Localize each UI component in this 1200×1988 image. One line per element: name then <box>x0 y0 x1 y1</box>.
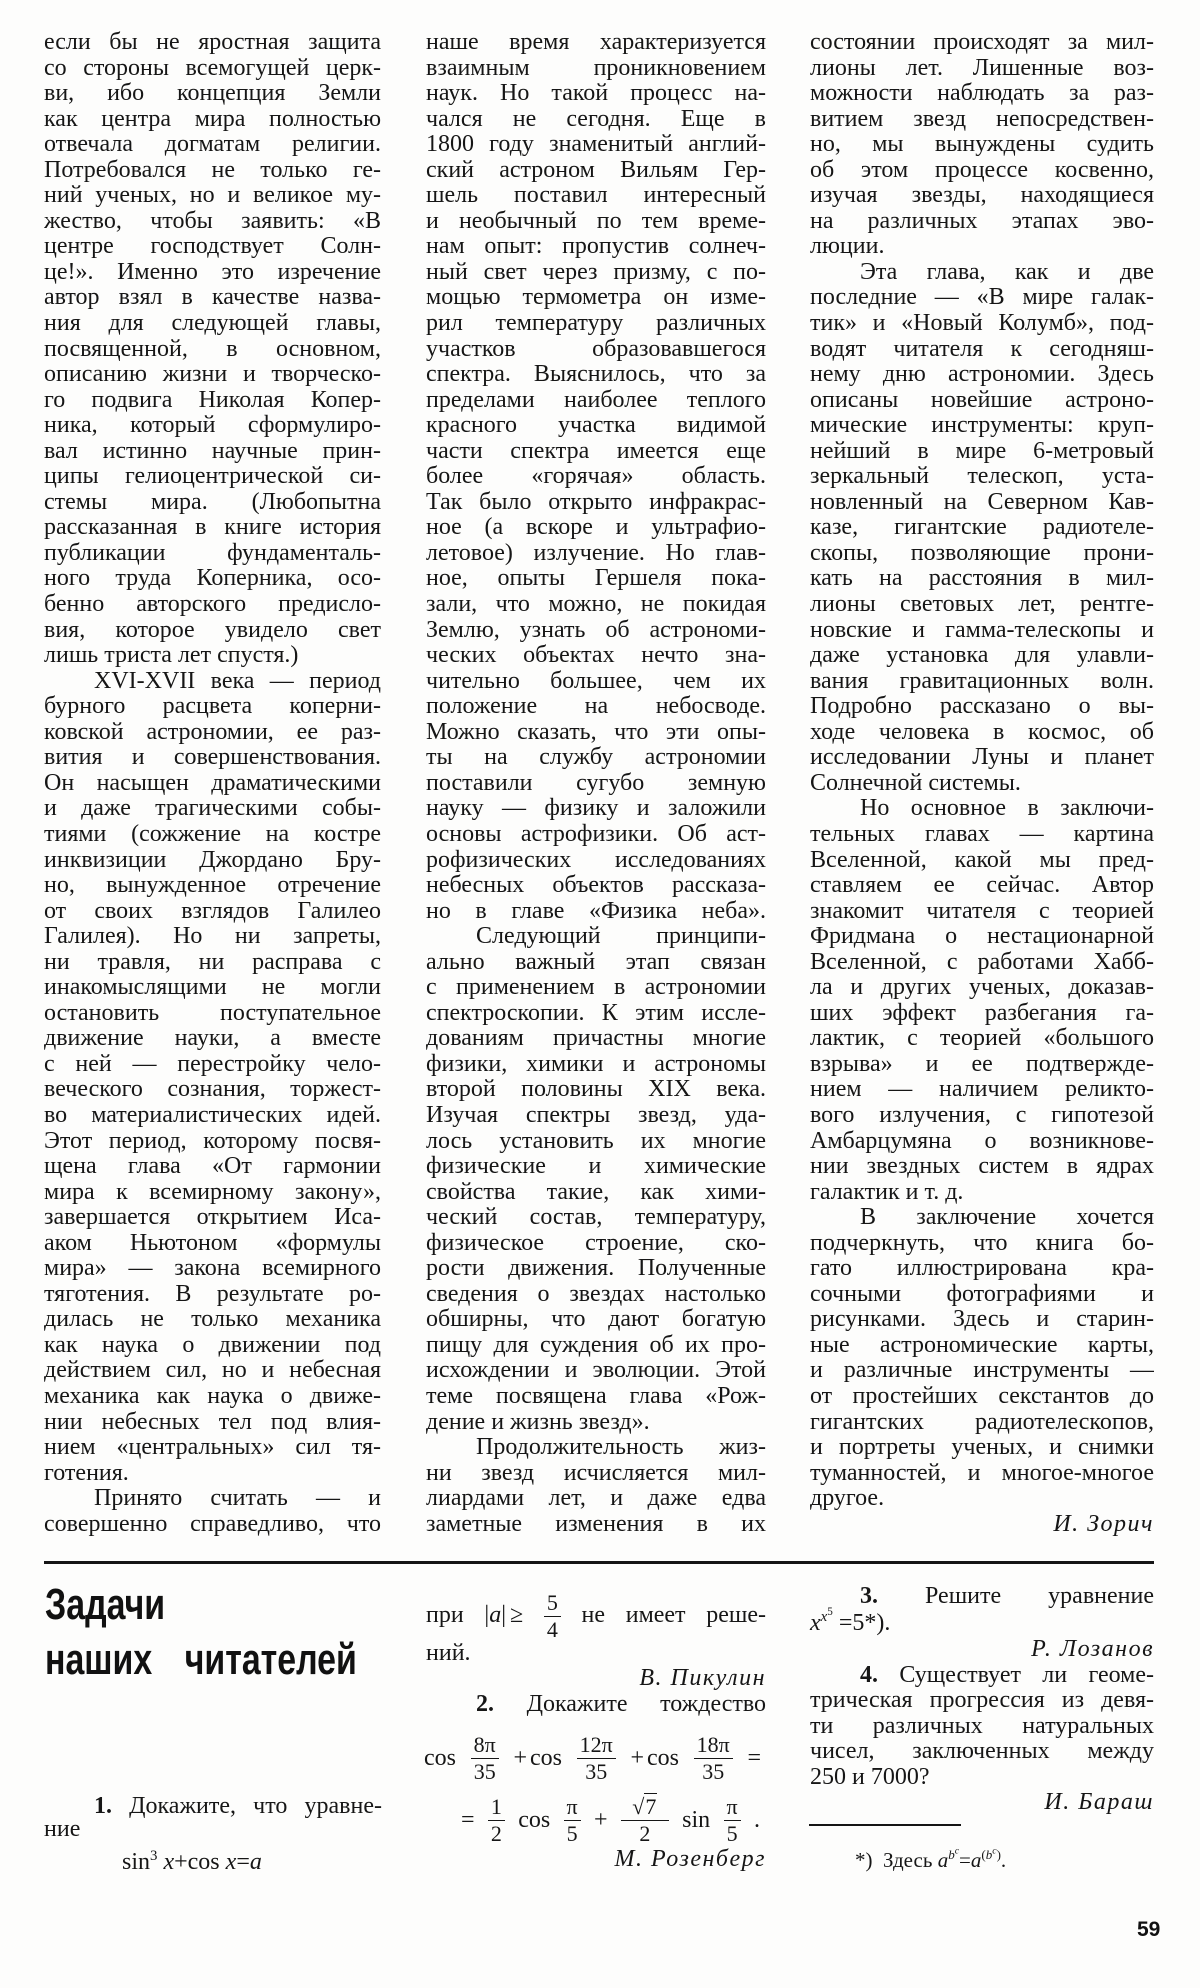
text-line: посвященной, в основном, <box>44 337 381 363</box>
footnote-marker: *) <box>855 1848 873 1872</box>
problem-1-tail: ний. <box>426 1641 471 1667</box>
exponent: (bc) <box>981 1847 1001 1862</box>
var-a: a <box>489 1602 501 1628</box>
exponent-power: 5 <box>827 1606 833 1618</box>
text-line: небесных объектов рассказа- <box>426 873 766 899</box>
text-line: Землю, узнать об астрономи- <box>426 618 766 644</box>
fraction-sqrt7-2: √72 <box>621 1796 669 1845</box>
text-line: центре господствует Солн- <box>44 234 381 260</box>
text-line: во материалистических идей. <box>44 1103 381 1129</box>
text-line: физики, химики и астрономы <box>426 1052 766 1078</box>
text-line: ципы гелиоцентрической си- <box>44 464 381 490</box>
numerator: π <box>724 1796 741 1820</box>
denominator: 2 <box>621 1820 669 1845</box>
text-line: ний ученых, но и великое му- <box>44 183 381 209</box>
var-a: a <box>938 1848 949 1872</box>
text-line: подчеркнуть, что книга бо- <box>810 1231 1154 1257</box>
section-title-line-1: Задачи <box>45 1583 165 1627</box>
text-line: го подвига Николая Копер- <box>44 388 381 414</box>
problem-3-equation: xx5=5*). <box>810 1611 890 1637</box>
text-line: ния для следующей главы, <box>44 311 381 337</box>
text-line: но, мы вынуждены судить <box>810 132 1154 158</box>
problem-1-condition: при |a|≥ 54 не имеет реше- <box>426 1590 766 1640</box>
equals-sign: = <box>461 1807 475 1834</box>
text-line: нии небесных тел под влия- <box>44 1410 381 1436</box>
fraction-5-4: 54 <box>544 1592 561 1640</box>
text-line: ческих объектах нечто зна- <box>426 643 766 669</box>
problem-1-equation: sin3 x+cos x=a <box>122 1850 262 1876</box>
footnote-text: Здесь <box>883 1848 932 1872</box>
fn-cos: cos <box>188 1849 220 1875</box>
column-lines: если бы не яростная защитасо стороны все… <box>44 30 381 1537</box>
denominator: 35 <box>577 1758 616 1783</box>
fraction-18pi-35: 18π35 <box>694 1734 733 1783</box>
text-line: красного участка видимой <box>426 413 766 439</box>
fn-cos: cos <box>518 1807 550 1834</box>
text-line: дилась не только механика <box>44 1307 381 1333</box>
text-line: зали, что можно, не покидая <box>426 592 766 618</box>
text-line: второй половины XIX века. <box>426 1077 766 1103</box>
fn-sin: sin <box>682 1807 710 1834</box>
text-line: изучая звезды, находящиеся <box>810 183 1154 209</box>
text-line: описаны новейшие астроно- <box>810 388 1154 414</box>
condition-suffix: не имеет реше- <box>582 1602 766 1628</box>
numerator: 5 <box>544 1592 561 1616</box>
text-line: физическое строение, ско- <box>426 1231 766 1257</box>
text-line: ного труда Коперника, осо- <box>44 566 381 592</box>
text-line: от простейших секстантов до <box>810 1384 1154 1410</box>
period: . <box>1001 1848 1006 1872</box>
problem-2-author: М. Розенберг <box>426 1847 766 1873</box>
problem-4-line-1: 4. Существует ли геоме- <box>810 1663 1154 1689</box>
equals-sign: = <box>236 1849 250 1875</box>
text-line: В заключение хочется <box>810 1205 1154 1231</box>
problem-2-line-1: 2. Докажите тождество <box>426 1692 766 1718</box>
text-line: вия, которое увидело свет <box>44 618 381 644</box>
problem-4-line-3: ти различных натуральных <box>810 1714 1154 1740</box>
article-column-3: состоянии происходят за мил-лионы лет. Л… <box>810 30 1154 1537</box>
text-line: аком Ньютоном «формулы <box>44 1231 381 1257</box>
problem-text: Существует ли геоме- <box>899 1663 1154 1688</box>
text-line: поставили сугубо земную <box>426 771 766 797</box>
text-line: взрыва» и ее подтвержде- <box>810 1052 1154 1078</box>
problem-4-author: И. Бараш <box>810 1790 1154 1816</box>
text-line: галактик и т. д. <box>810 1180 1154 1206</box>
fraction-pi-5: π5 <box>564 1796 581 1845</box>
text-line: другое. <box>810 1486 1154 1512</box>
identity-right-side: = 12 cos π5 + √72 sin π5 . <box>461 1797 760 1843</box>
text-line: остановить поступательное <box>44 1001 381 1027</box>
text-line: витием звезд непосредствен- <box>810 107 1154 133</box>
text-line: свойства такие, как хими- <box>426 1180 766 1206</box>
text-line: наше время характеризуется <box>426 30 766 56</box>
text-line: ших эффект разбегания га- <box>810 1001 1154 1027</box>
fraction-12pi-35: 12π35 <box>577 1734 616 1783</box>
text-line: лионы световых лет, рентге- <box>810 592 1154 618</box>
text-line: Принято считать — и <box>44 1486 381 1512</box>
problem-text: Докажите тождество <box>527 1692 766 1717</box>
text-line: новские и гамма-телескопы и <box>810 618 1154 644</box>
plus-sign: + <box>630 1745 644 1771</box>
problem-4-line-2: трическая прогрессия из девя- <box>810 1688 1154 1714</box>
text-line: XVI-XVII века — период <box>44 669 381 695</box>
problem-3-author: Р. Лозанов <box>810 1637 1154 1663</box>
text-line: тиями (сожжение на костре <box>44 822 381 848</box>
text-line: наук. Но такой процесс на- <box>426 81 766 107</box>
var-x: x <box>163 1849 174 1875</box>
text-line: состоянии происходят за мил- <box>810 30 1154 56</box>
text-line: последние — «В мире галак- <box>810 285 1154 311</box>
text-line: инквизиции Джордано Бру- <box>44 848 381 874</box>
text-line: физические и химические <box>426 1154 766 1180</box>
text-line: и необычный по тем време- <box>426 209 766 235</box>
text-line: чительно большее, чем их <box>426 669 766 695</box>
text-line: нием «центральных» сил тя- <box>44 1435 381 1461</box>
text-line: даже установка для улавли- <box>810 643 1154 669</box>
numerator: 12π <box>577 1734 616 1758</box>
text-line: заметные изменения в их <box>426 1512 766 1538</box>
text-line: лишь триста лет спустя.) <box>44 643 381 669</box>
power: 3 <box>150 1848 157 1864</box>
fraction-1-2: 12 <box>488 1796 505 1845</box>
equals-sign: = <box>959 1848 971 1872</box>
text-line: новленный на Северном Кав- <box>810 490 1154 516</box>
text-line: со стороны всемогущей церк- <box>44 56 381 82</box>
text-line: спектра. Выяснилось, что за <box>426 362 766 388</box>
text-line: и даже трагическими собы- <box>44 796 381 822</box>
fraction-8pi-35: 8π35 <box>471 1734 499 1783</box>
plus-cos-term: +cos <box>513 1745 562 1772</box>
problem-number: 1. <box>94 1794 112 1819</box>
text-line: и портреты ученых, и снимки <box>810 1435 1154 1461</box>
problem-number: 2. <box>476 1692 494 1717</box>
text-line: вал истинно научные прин- <box>44 439 381 465</box>
text-line: тяготения. В результате ро- <box>44 1282 381 1308</box>
text-line: ни звезд исчисляется мил- <box>426 1461 766 1487</box>
text-line: действием сил, но и небесная <box>44 1358 381 1384</box>
text-line: Продолжительность жиз- <box>426 1435 766 1461</box>
text-line: и различные инструменты — <box>810 1358 1154 1384</box>
period: . <box>754 1807 760 1834</box>
text-line: тельных главах — картина <box>810 822 1154 848</box>
text-line: Подробно рассказано о вы- <box>810 694 1154 720</box>
text-line: вого излучения, с гипотезой <box>810 1103 1154 1129</box>
text-line: летовое) излучение. Но глав- <box>426 541 766 567</box>
text-line: пищу для суждения об их про- <box>426 1333 766 1359</box>
text-line: бенно авторского предисло- <box>44 592 381 618</box>
magazine-page: если бы не яростная защитасо стороны все… <box>0 0 1200 1988</box>
text-line: ческий состав, температуру, <box>426 1205 766 1231</box>
text-line: на различных этапах эво- <box>810 209 1154 235</box>
equation-rhs: =5*). <box>839 1610 891 1636</box>
text-line: но, вынужденное отречение <box>44 873 381 899</box>
text-line: вания гравитационных волн. <box>810 669 1154 695</box>
text-line: если бы не яростная защита <box>44 30 381 56</box>
text-line: вития и совершенствования. <box>44 745 381 771</box>
text-line: мические инструменты: круп- <box>810 413 1154 439</box>
text-line: водят читателя к сегодняш- <box>810 337 1154 363</box>
footnote: *) Здесь abc=a(bc). <box>855 1847 1006 1873</box>
problem-4-line-4: чисел, заключенных между <box>810 1739 1154 1765</box>
text-line: рофизических исследованиях <box>426 848 766 874</box>
problem-1-line-2: ние <box>44 1817 80 1843</box>
text-line: нам опыт: пропустив солнеч- <box>426 234 766 260</box>
text-line: но в главе «Физика неба». <box>426 899 766 925</box>
var-a: a <box>971 1848 982 1872</box>
fn-cos: cos <box>647 1745 679 1771</box>
text-line: об этом процессе косвенно, <box>810 158 1154 184</box>
problem-1-line-1: 1. Докажите, что уравне- <box>44 1794 382 1820</box>
text-line: туманностей, и многое-многое <box>810 1461 1154 1487</box>
text-line: теме посвящена глава «Рож- <box>426 1384 766 1410</box>
text-line: Фридмана о нестационарной <box>810 924 1154 950</box>
text-line: казе, гигантские радиотеле- <box>810 515 1154 541</box>
text-line: движение науки, а вместе <box>44 1026 381 1052</box>
text-line: ное, опыты Гершеля пока- <box>426 566 766 592</box>
denominator: 5 <box>564 1820 581 1845</box>
text-line: основы астрофизики. Об аст- <box>426 822 766 848</box>
text-line: от своих взглядов Галилео <box>44 899 381 925</box>
denominator: 2 <box>488 1820 505 1845</box>
text-line: дение и жизнь звезд». <box>426 1410 766 1436</box>
text-line: Галилея). Но ни запреты, <box>44 924 381 950</box>
text-line: как центра мира полностью <box>44 107 381 133</box>
text-line: публикации фундаменталь- <box>44 541 381 567</box>
problem-text: Докажите, что уравне- <box>129 1794 382 1819</box>
var-x: x <box>810 1610 821 1636</box>
text-line: мощью термометра он изме- <box>426 285 766 311</box>
text-line: ский астроном Вильям Гер- <box>426 158 766 184</box>
text-line: лиардами лет, и даже едва <box>426 1486 766 1512</box>
text-line: Так было открыто инфракрас- <box>426 490 766 516</box>
text-line: взаимным проникновением <box>426 56 766 82</box>
plus-cos-term: +cos <box>630 1745 679 1772</box>
text-line: ставляем ее сейчас. Автор <box>810 873 1154 899</box>
text-line: Этот период, которому посвя- <box>44 1129 381 1155</box>
text-line: ное (а вскоре и ультрафио- <box>426 515 766 541</box>
text-line: ные астрономические карты, <box>810 1333 1154 1359</box>
text-line: мира» — закона всемирного <box>44 1256 381 1282</box>
text-line: Потребовался не только ге- <box>44 158 381 184</box>
text-line: дованиям причастны многие <box>426 1026 766 1052</box>
exponent: bc <box>948 1847 959 1862</box>
text-line: науку — физику и заложили <box>426 796 766 822</box>
article-column-1: если бы не яростная защитасо стороны все… <box>44 30 381 1537</box>
text-line: лактик, с теорией «большого <box>810 1026 1154 1052</box>
equals-sign: = <box>747 1745 761 1772</box>
text-line: шель поставил интересный <box>426 183 766 209</box>
text-line: лионы лет. Лишенные воз- <box>810 56 1154 82</box>
numerator: 8π <box>471 1734 499 1758</box>
numerator: π <box>564 1796 581 1820</box>
text-line: отвечала догматам религии. <box>44 132 381 158</box>
text-line: ви, ибо концепция Земли <box>44 81 381 107</box>
denominator: 4 <box>544 1616 561 1640</box>
text-line: рисунками. Здесь и старин- <box>810 1307 1154 1333</box>
fn-sin: sin <box>122 1849 150 1875</box>
text-line: Эта глава, как и две <box>810 260 1154 286</box>
problem-4-line-5: 250 и 7000? <box>810 1765 930 1791</box>
text-line: с применением в астрономии <box>426 975 766 1001</box>
text-line: люции. <box>810 234 1154 260</box>
text-line: рассказанная в книге история <box>44 515 381 541</box>
text-line: Вселенной, какой мы пред- <box>810 848 1154 874</box>
text-line: Но основное в заключи- <box>810 796 1154 822</box>
text-line: ный свет через призму, с по- <box>426 260 766 286</box>
text-line: части спектра имеется еще <box>426 439 766 465</box>
plus-sign: + <box>174 1849 188 1875</box>
abs-value: |a| <box>484 1602 506 1628</box>
fn-cos: cos <box>530 1745 562 1771</box>
denominator: 35 <box>471 1758 499 1783</box>
column-lines: состоянии происходят за мил-лионы лет. Л… <box>810 30 1154 1512</box>
text-line: механика как наука о движе- <box>44 1384 381 1410</box>
text-line: Он насыщен драматическими <box>44 771 381 797</box>
text-line: рил температуру различных <box>426 311 766 337</box>
column-lines: наше время характеризуетсявзаимным прони… <box>426 30 766 1537</box>
text-line: описанию жизни и творческо- <box>44 362 381 388</box>
text-line: нейший в мире 6-метровый <box>810 439 1154 465</box>
footnote-divider <box>809 1824 961 1826</box>
text-line: знакомит читателя с теорией <box>810 899 1154 925</box>
text-line: лось установить их многие <box>426 1129 766 1155</box>
numerator: 18π <box>694 1734 733 1758</box>
text-line: 1800 году знаменитый англий- <box>426 132 766 158</box>
fn-cos: cos <box>424 1745 456 1772</box>
relation-sign: ≥ <box>510 1602 523 1628</box>
text-line: нии звездных систем в ядрах <box>810 1154 1154 1180</box>
condition-prefix: при <box>426 1602 464 1628</box>
text-line: можности наблюдать за раз- <box>810 81 1154 107</box>
text-line: нему дню астрономии. Здесь <box>810 362 1154 388</box>
text-line: сведения о звездах настолько <box>426 1282 766 1308</box>
text-line: совершенно справедливо, что <box>44 1512 381 1538</box>
text-line: более «горячая» область. <box>426 464 766 490</box>
text-line: гигантских радиотелескопов, <box>810 1410 1154 1436</box>
text-line: чался не сегодня. Еще в <box>426 107 766 133</box>
text-line: бурного расцвета коперни- <box>44 694 381 720</box>
denominator: 5 <box>724 1820 741 1845</box>
text-line: завершается открытием Иса- <box>44 1205 381 1231</box>
text-line: инакомыслящими не могли <box>44 975 381 1001</box>
text-line: с ней — перестройку чело- <box>44 1052 381 1078</box>
text-line: зеркальный телескоп, уста- <box>810 464 1154 490</box>
text-line: Следующий принципи- <box>426 924 766 950</box>
text-line: рости движения. Полученные <box>426 1256 766 1282</box>
text-line: пределами наиболее теплого <box>426 388 766 414</box>
text-line: исследовании Луны и планет <box>810 745 1154 771</box>
text-line: це!». Именно это изречение <box>44 260 381 286</box>
text-line: Амбарцумяна о возникнове- <box>810 1129 1154 1155</box>
text-line: как наука о движении под <box>44 1333 381 1359</box>
text-line: жество, чтобы заявить: «В <box>44 209 381 235</box>
text-line: Можно сказать, что эти опы- <box>426 720 766 746</box>
text-line: участков образовавшегося <box>426 337 766 363</box>
text-line: Вселенной, с работами Хабб- <box>810 950 1154 976</box>
numerator: √7 <box>621 1796 669 1820</box>
text-line: нием — наличием реликто- <box>810 1077 1154 1103</box>
text-line: автор взял в качестве назва- <box>44 285 381 311</box>
text-line: ни травля, ни расправа с <box>44 950 381 976</box>
text-line: скопы, позволяющие прони- <box>810 541 1154 567</box>
identity-left-side: cos 8π35 +cos 12π35 +cos 18π35 = <box>424 1735 761 1781</box>
page-number: 59 <box>1137 1919 1160 1940</box>
section-divider <box>44 1561 1154 1564</box>
text-line: кать на расстояния в мил- <box>810 566 1154 592</box>
problem-1-author: В. Пикулин <box>426 1666 766 1692</box>
text-line: Изучая спектры звезд, уда- <box>426 1103 766 1129</box>
text-line: ально важный этап связан <box>426 950 766 976</box>
text-line: ла и других ученых, доказав- <box>810 975 1154 1001</box>
numerator: 1 <box>488 1796 505 1820</box>
denominator: 35 <box>694 1758 733 1783</box>
fraction-pi-5: π5 <box>724 1796 741 1845</box>
article-column-2: наше время характеризуетсявзаимным прони… <box>426 30 766 1537</box>
text-line: щена глава «От гармонии <box>44 1154 381 1180</box>
plus-sign: + <box>594 1807 608 1834</box>
exponent: x5 <box>821 1609 833 1625</box>
square-root-icon: √ <box>632 1794 644 1819</box>
text-line: стемы мира. (Любопытна <box>44 490 381 516</box>
text-line: положение на небосводе. <box>426 694 766 720</box>
section-title-line-2: наших читателей <box>45 1638 357 1682</box>
text-line: обширны, что дают богатую <box>426 1307 766 1333</box>
text-line: гато иллюстрирована кра- <box>810 1256 1154 1282</box>
abs-bar: | <box>501 1602 506 1628</box>
plus-sign: + <box>513 1745 527 1771</box>
text-line: спектроскопии. К этим иссле- <box>426 1001 766 1027</box>
text-line: сочными фотографиями и <box>810 1282 1154 1308</box>
text-line: ковской астрономии, ее раз- <box>44 720 381 746</box>
text-line: мира к всемирному закону», <box>44 1180 381 1206</box>
problem-number: 3. <box>860 1584 878 1609</box>
var-x: x <box>226 1849 237 1875</box>
text-line: исхождении и эволюции. Этой <box>426 1358 766 1384</box>
radicand: 7 <box>644 1793 657 1819</box>
article-author-signature: И. Зорич <box>810 1512 1154 1538</box>
problem-3-line-1: 3. Решите уравнение <box>810 1584 1154 1610</box>
text-line: веческого сознания, торжест- <box>44 1077 381 1103</box>
problem-number: 4. <box>860 1663 878 1688</box>
text-line: Солнечной системы. <box>810 771 1154 797</box>
problem-text: Решите уравнение <box>925 1584 1154 1609</box>
text-line: готения. <box>44 1461 381 1487</box>
text-line: ника, который сформулиро- <box>44 413 381 439</box>
text-line: ты на службу астрономии <box>426 745 766 771</box>
var-a: a <box>250 1849 262 1875</box>
text-line: ходе человека в космос, об <box>810 720 1154 746</box>
text-line: тик» и «Новый Колумб», под- <box>810 311 1154 337</box>
